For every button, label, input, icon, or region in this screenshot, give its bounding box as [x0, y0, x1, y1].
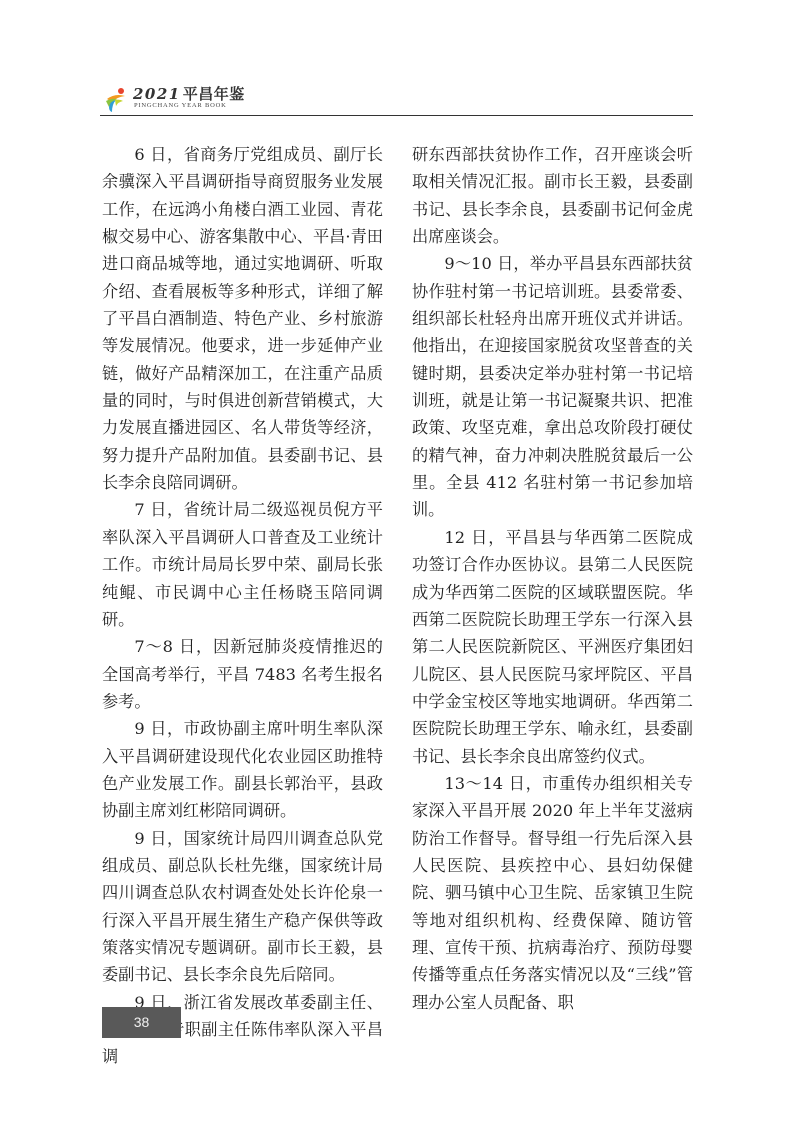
page-header: 2021平昌年鉴 PINGCHANG YEAR BOOK: [100, 78, 693, 116]
yearbook-subtitle: PINGCHANG YEAR BOOK: [134, 102, 227, 109]
yearbook-year: 2021: [133, 85, 181, 103]
paragraph: 9 日，国家统计局四川调查总队党组成员、副总队长杜先继，国家统计局四川调查总队农…: [102, 825, 383, 989]
right-column: 研东西部扶贫协作工作，召开座谈会听取相关情况汇报。副市长王毅，县委副书记、县长李…: [412, 141, 693, 1016]
paragraph: 6 日，省商务厅党组成员、副厅长余骥深入平昌调研指导商贸服务业发展工作，在远鸿小…: [102, 141, 383, 496]
page-number: 38: [102, 1007, 181, 1038]
left-column: 6 日，省商务厅党组成员、副厅长余骥深入平昌调研指导商贸服务业发展工作，在远鸿小…: [102, 141, 383, 1071]
pingchang-logo-icon: [103, 87, 129, 113]
paragraph: 9 日，市政协副主席叶明生率队深入平昌调研建设现代化农业园区助推特色产业发展工作…: [102, 715, 383, 824]
paragraph: 7 日，省统计局二级巡视员倪方平率队深入平昌调研人口普查及工业统计工作。市统计局…: [102, 496, 383, 633]
paragraph: 7～8 日，因新冠肺炎疫情推迟的全国高考举行，平昌 7483 名考生报名参考。: [102, 633, 383, 715]
paragraph: 13～14 日，市重传办组织相关专家深入平昌开展 2020 年上半年艾滋病防治工…: [412, 770, 693, 1016]
paragraph: 12 日，平昌县与华西第二医院成功签订合作办医协议。县第二人民医院成为华西第二医…: [412, 524, 693, 770]
paragraph: 9～10 日，举办平昌县东西部扶贫协作驻村第一书记培训班。县委常委、组织部长杜轻…: [412, 250, 693, 523]
paragraph-continuation: 研东西部扶贫协作工作，召开座谈会听取相关情况汇报。副市长王毅，县委副书记、县长李…: [412, 141, 693, 250]
yearbook-title: 2021平昌年鉴: [133, 83, 245, 104]
yearbook-name: 平昌年鉴: [183, 85, 245, 103]
